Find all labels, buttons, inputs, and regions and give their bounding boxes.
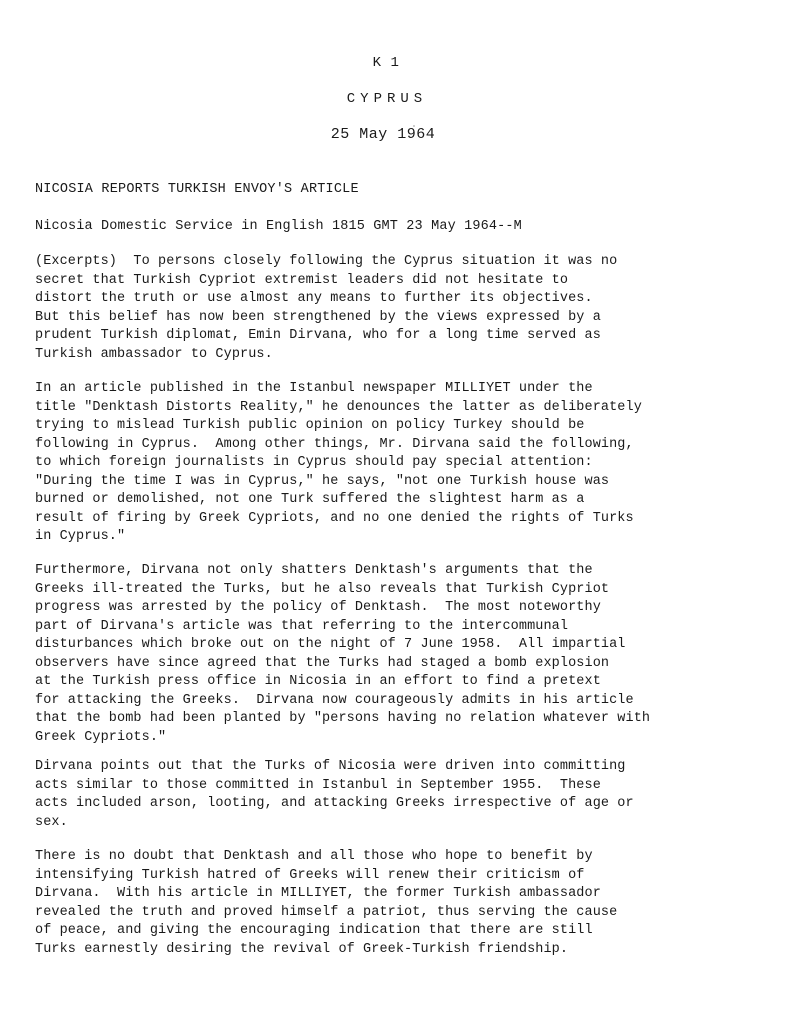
paragraph-line: Turkish ambassador to Cyprus. (35, 346, 755, 365)
paragraph-line: intensifying Turkish hatred of Greeks wi… (35, 867, 755, 886)
paragraph-line: observers have since agreed that the Tur… (35, 655, 755, 674)
article-paragraph: (Excerpts) To persons closely following … (35, 253, 755, 364)
paragraph-line: part of Dirvana's article was that refer… (35, 618, 755, 637)
paragraph-line: Turks earnestly desiring the revival of … (35, 941, 755, 960)
paragraph-line: Greek Cypriots." (35, 729, 755, 748)
article-paragraph: Furthermore, Dirvana not only shatters D… (35, 562, 755, 747)
paragraph-line: acts included arson, looting, and attack… (35, 795, 755, 814)
article-headline: NICOSIA REPORTS TURKISH ENVOY'S ARTICLE (35, 182, 359, 197)
paragraph-line: following in Cyprus. Among other things,… (35, 436, 755, 455)
paragraph-line: There is no doubt that Denktash and all … (35, 848, 755, 867)
paragraph-line: Greeks ill-treated the Turks, but he als… (35, 581, 755, 600)
paragraph-line: "During the time I was in Cyprus," he sa… (35, 473, 755, 492)
page-identifier: K 1 (0, 55, 779, 71)
paragraph-line: for attacking the Greeks. Dirvana now co… (35, 692, 755, 711)
paragraph-line: (Excerpts) To persons closely following … (35, 253, 755, 272)
document-date: 25 May 1964 (0, 126, 776, 143)
paragraph-line: secret that Turkish Cypriot extremist le… (35, 272, 755, 291)
paragraph-line: Dirvana points out that the Turks of Nic… (35, 758, 755, 777)
paragraph-line: But this belief has now been strengthene… (35, 309, 755, 328)
paragraph-line: disturbances which broke out on the nigh… (35, 636, 755, 655)
paragraph-line: distort the truth or use almost any mean… (35, 290, 755, 309)
paragraph-line: Furthermore, Dirvana not only shatters D… (35, 562, 755, 581)
article-paragraph: In an article published in the Istanbul … (35, 380, 755, 547)
article-paragraph: There is no doubt that Denktash and all … (35, 848, 755, 959)
article-source-line: Nicosia Domestic Service in English 1815… (35, 219, 522, 234)
scan-speck (413, 125, 415, 127)
paragraph-line: prudent Turkish diplomat, Emin Dirvana, … (35, 327, 755, 346)
paragraph-line: revealed the truth and proved himself a … (35, 904, 755, 923)
paragraph-line: result of firing by Greek Cypriots, and … (35, 510, 755, 529)
paragraph-line: burned or demolished, not one Turk suffe… (35, 491, 755, 510)
paragraph-line: to which foreign journalists in Cyprus s… (35, 454, 755, 473)
paragraph-line: Dirvana. With his article in MILLIYET, t… (35, 885, 755, 904)
paragraph-line: title "Denktash Distorts Reality," he de… (35, 399, 755, 418)
paragraph-line: of peace, and giving the encouraging ind… (35, 922, 755, 941)
paragraph-line: that the bomb had been planted by "perso… (35, 710, 755, 729)
paragraph-line: at the Turkish press office in Nicosia i… (35, 673, 755, 692)
country-heading: CYPRUS (0, 91, 780, 107)
paragraph-line: trying to mislead Turkish public opinion… (35, 417, 755, 436)
paragraph-line: sex. (35, 814, 755, 833)
paragraph-line: progress was arrested by the policy of D… (35, 599, 755, 618)
paragraph-line: In an article published in the Istanbul … (35, 380, 755, 399)
paragraph-line: acts similar to those committed in Istan… (35, 777, 755, 796)
article-paragraph: Dirvana points out that the Turks of Nic… (35, 758, 755, 832)
paragraph-line: in Cyprus." (35, 528, 755, 547)
document-page: K 1 CYPRUS 25 May 1964 NICOSIA REPORTS T… (0, 0, 786, 1024)
